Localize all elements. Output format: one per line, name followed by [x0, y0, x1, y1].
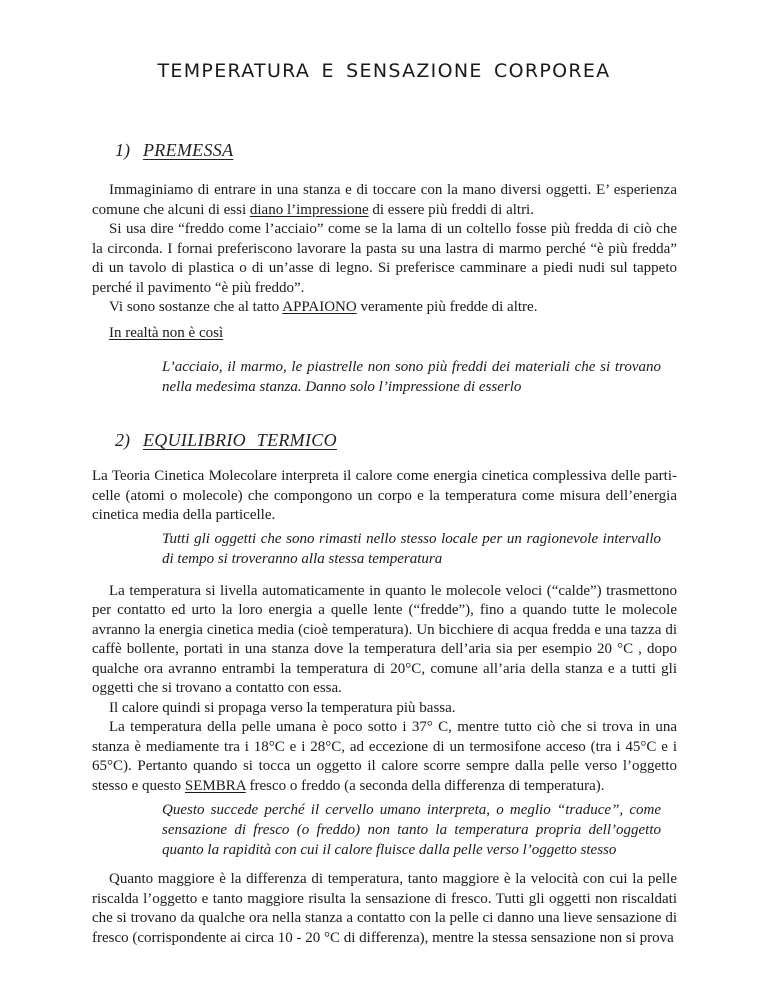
underlined-text: diano l’impressione — [250, 202, 369, 218]
block-quote: L’acciaio, il marmo, le piastrelle non s… — [162, 357, 661, 397]
paragraph: Si usa dire “freddo come l’acciaio” come… — [92, 220, 677, 298]
block-quote: Questo succede perché il cervello umano … — [162, 800, 661, 860]
underlined-text: APPAIONO — [282, 299, 356, 315]
text-run: Vi sono sostanze che al tatto — [109, 299, 282, 315]
section-heading: 2)EQUILIBRIO TERMICO — [115, 429, 677, 452]
underlined-text: In realtà non è così — [109, 325, 223, 341]
underlined-text: SEMBRA — [185, 778, 246, 794]
paragraph: Immaginiamo di entrare in una stanza e d… — [92, 181, 677, 220]
paragraph: Vi sono sostanze che al tatto APPAIONO v… — [92, 298, 677, 318]
paragraph: La Teoria Cinetica Molecolare interpreta… — [92, 467, 677, 526]
paragraph: La temperatura della pelle umana è poco … — [92, 718, 677, 796]
text-run: fresco o freddo (a seconda della differe… — [246, 778, 605, 794]
document-body: 1)PREMESSAImmaginiamo di entrare in una … — [0, 139, 768, 948]
section-heading-text: PREMESSA — [143, 140, 233, 160]
text-run: Tutti gli oggetti che sono rimasti nello… — [162, 531, 661, 567]
paragraph: In realtà non è così — [92, 324, 677, 344]
paragraph: Quanto maggiore è la differenza di tempe… — [92, 870, 677, 948]
document-page: TEMPERATURA E SENSAZIONE CORPOREA 1)PREM… — [0, 0, 768, 994]
text-run: veramente più fredde di altre. — [357, 299, 538, 315]
text-run: Questo succede perché il cervello umano … — [162, 802, 661, 858]
text-run: Si usa dire “freddo come l’acciaio” come… — [92, 221, 677, 296]
block-quote: Tutti gli oggetti che sono rimasti nello… — [162, 529, 661, 569]
text-run: Quanto maggiore è la differenza di tempe… — [92, 871, 677, 946]
text-run: Il calore quindi si propaga verso la tem… — [109, 700, 456, 716]
paragraph: La temperatura si livella automaticament… — [92, 582, 677, 699]
section-heading: 1)PREMESSA — [115, 139, 677, 162]
text-run: L’acciaio, il marmo, le piastrelle non s… — [162, 359, 661, 395]
section-number: 1) — [115, 140, 130, 160]
section-number: 2) — [115, 430, 130, 450]
document-title: TEMPERATURA E SENSAZIONE CORPOREA — [0, 0, 768, 84]
text-run: di essere più freddi di altri. — [369, 202, 534, 218]
paragraph: Il calore quindi si propaga verso la tem… — [92, 699, 677, 719]
text-run: La temperatura si livella automaticament… — [92, 583, 677, 697]
text-run: La Teoria Cinetica Molecolare interpreta… — [92, 468, 677, 523]
section-heading-text: EQUILIBRIO TERMICO — [143, 430, 337, 450]
